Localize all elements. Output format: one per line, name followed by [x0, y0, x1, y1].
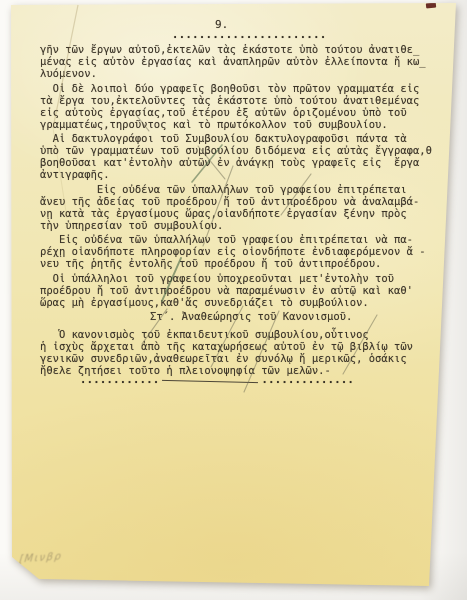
scanned-document-page: 9. ....................... γῆν τῶν ἔργων…: [0, 0, 467, 600]
closing-paragraph: Ὁ κανονισμὸς τοῦ ἐκπαιδευτικοῦ συμβουλίο…: [40, 329, 446, 377]
separator-right-dots: ..............: [261, 374, 354, 386]
paper-shadow: 9. ....................... γῆν τῶν ἔργων…: [0, 0, 467, 600]
typewritten-text-body: γῆν τῶν ἔργων αὐτοῦ,ἐκτελῶν τὰς ἑκάστοτε…: [40, 44, 446, 380]
paragraph-3: Αἱ δακτυλογράφοι τοῦ Συμβουλίου δακτυλογ…: [40, 133, 446, 181]
header-dotted-rule: .......................: [172, 29, 342, 41]
paper-sheet: 9. ....................... γῆν τῶν ἔργων…: [9, 3, 457, 588]
paragraph-2: Οἱ δὲ λοιποὶ δύο γραφεῖς βοηθοῦσι τὸν πρ…: [40, 83, 446, 131]
section-heading: Στ΄. Ἀναθεώρησις τοῦ Κανονισμοῦ.: [40, 311, 446, 323]
red-stain-mark: [426, 2, 436, 8]
paragraph-6: Οἱ ὑπάλληλοι τοῦ γραφείου ὑποχρεοῦνται μ…: [40, 273, 446, 309]
paragraph-4: Εἰς οὐδένα τῶν ὑπαλλήλων τοῦ γραφείου ἐπ…: [40, 184, 446, 232]
separator-left-dots: ............: [80, 374, 159, 386]
paragraph-1: γῆν τῶν ἔργων αὐτοῦ,ἐκτελῶν τὰς ἑκάστοτε…: [40, 44, 446, 80]
pencil-annotation: [Μινβρ: [18, 551, 62, 565]
separator-line: [162, 380, 258, 383]
paragraph-5: Εἰς οὐδένα τῶν ὑπαλλήλων τοῦ γραφείου ἐπ…: [40, 234, 446, 270]
end-separator: ............ ..............: [80, 374, 354, 386]
